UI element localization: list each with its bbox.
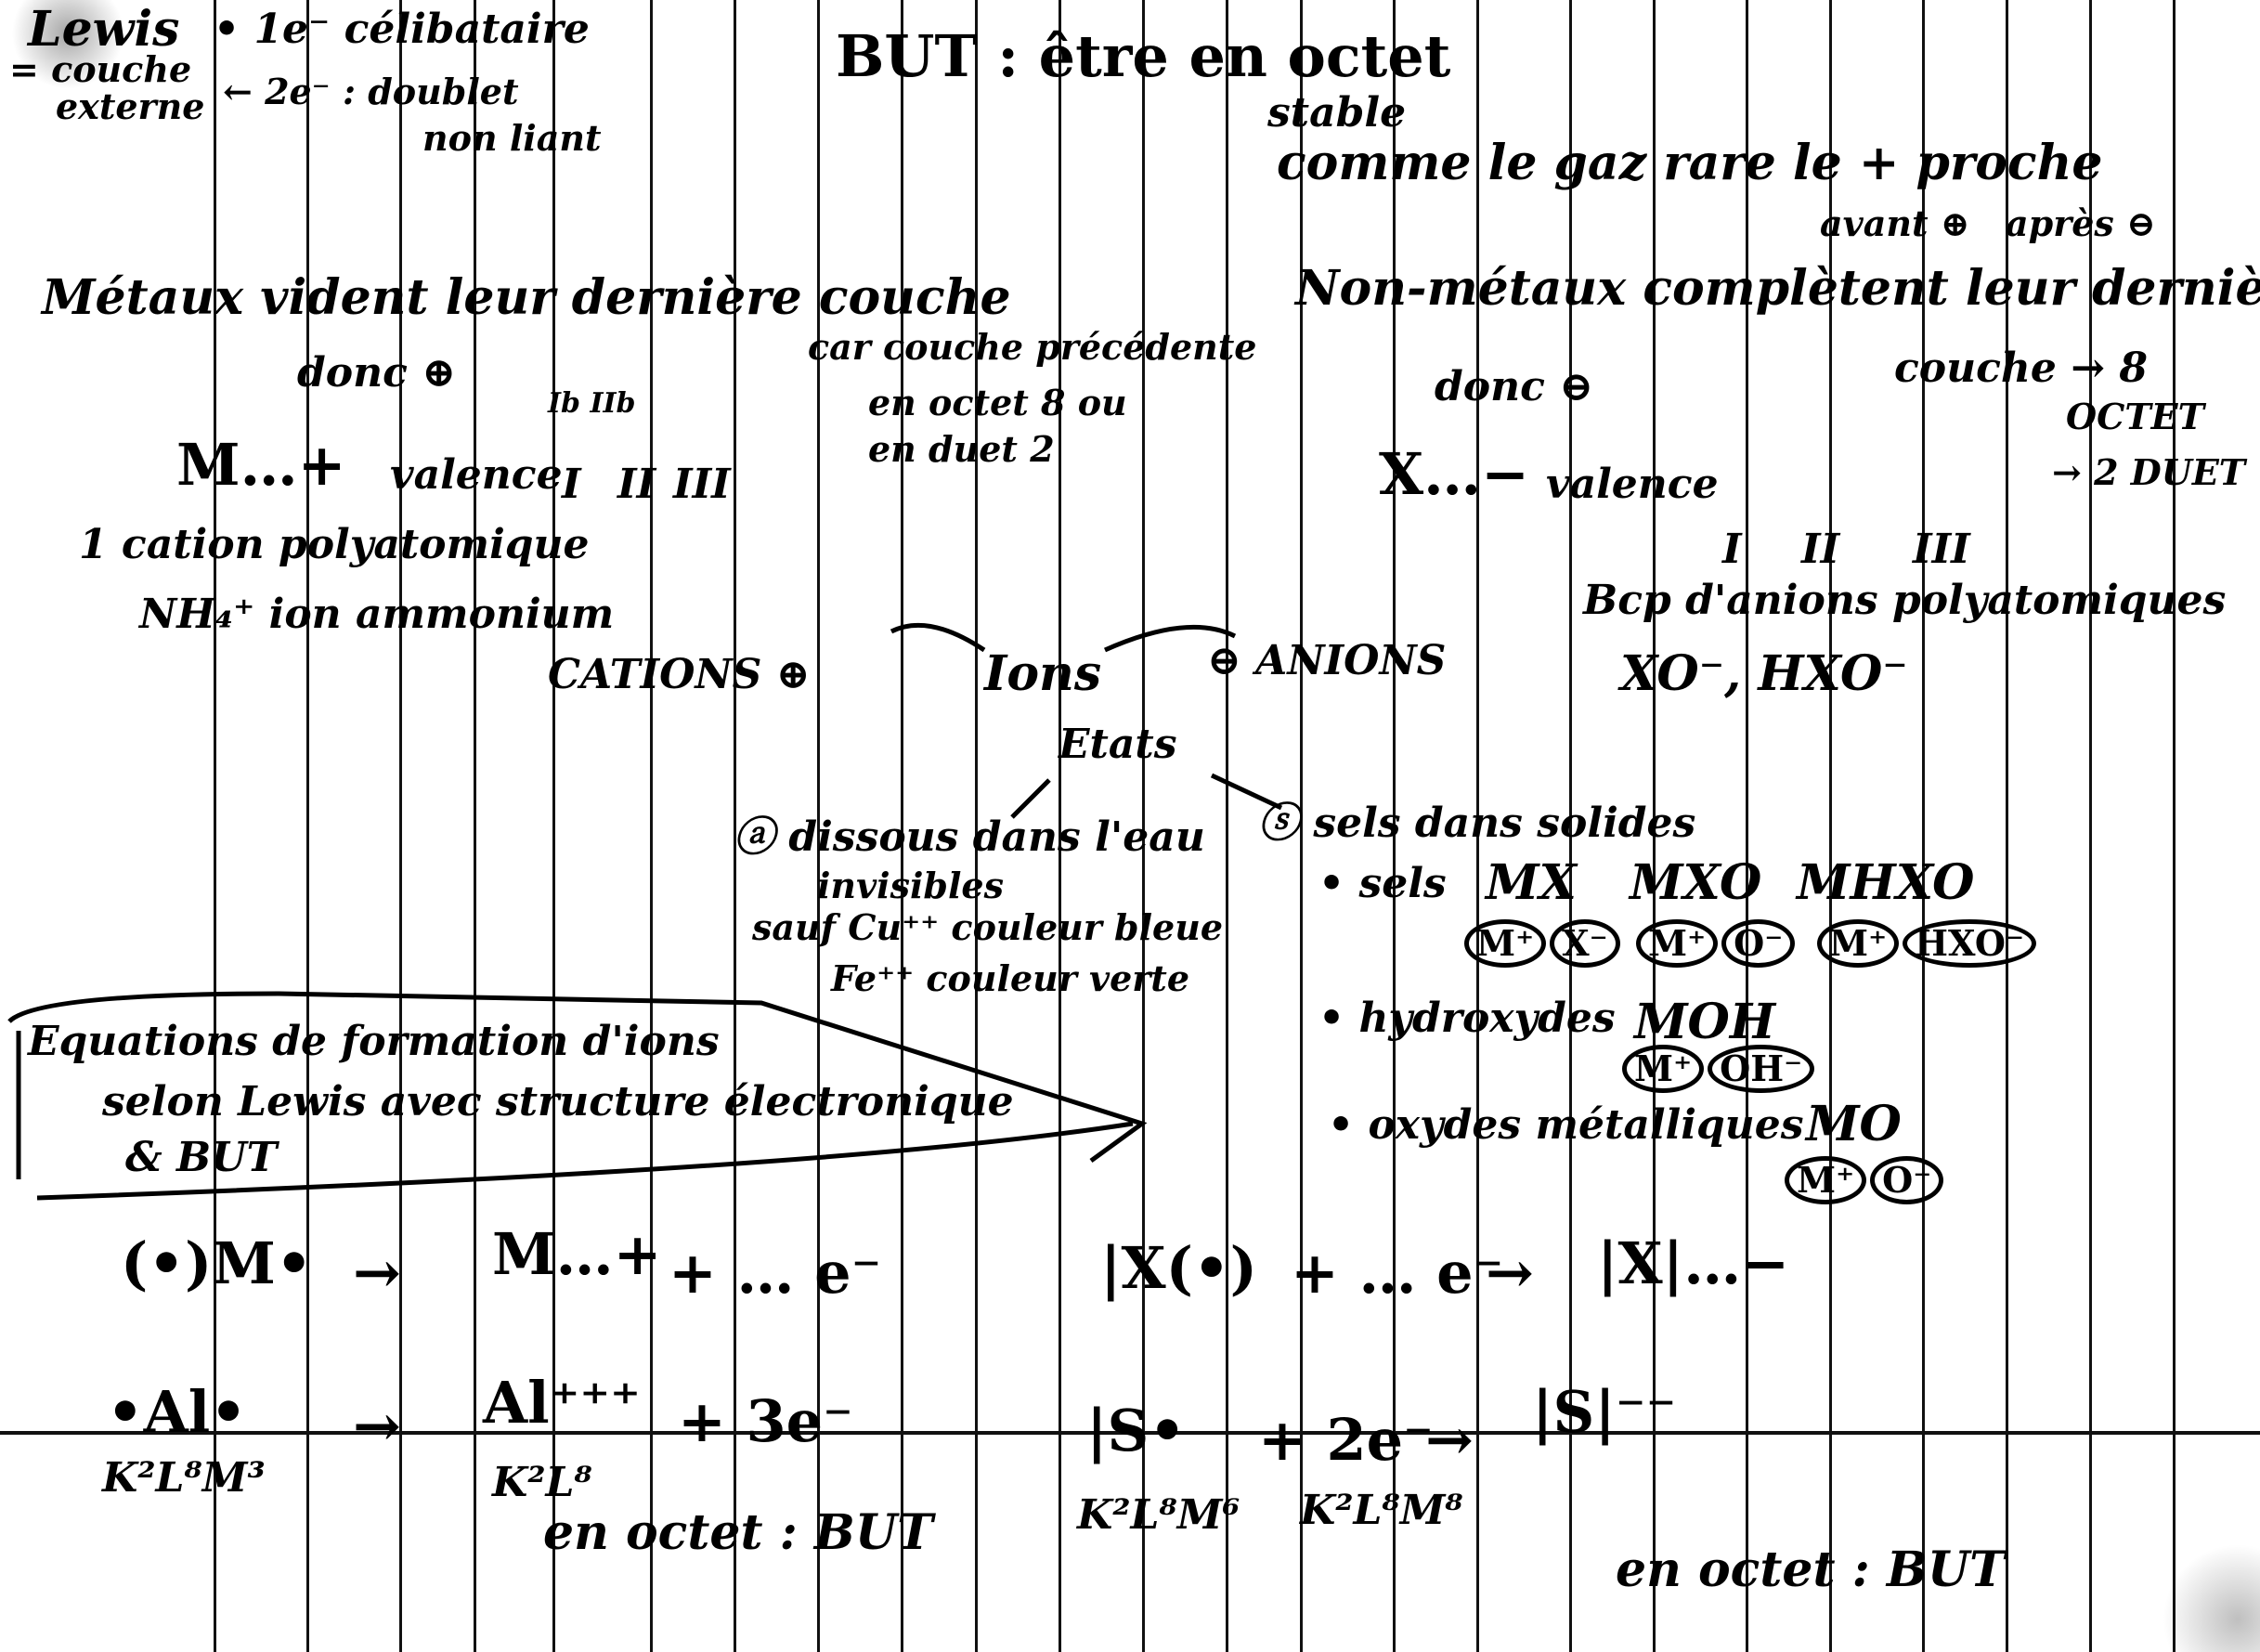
salt-mx: MX	[1486, 859, 1577, 907]
s-product-config: K²L⁸M⁸	[1300, 1490, 1463, 1531]
s-eq-reactant: |S•	[1086, 1402, 1186, 1460]
s-config: K²L⁸M⁶	[1077, 1495, 1240, 1536]
nonmetal-eq-arrow: →	[1486, 1244, 1534, 1302]
al-note: en octet : BUT	[543, 1509, 933, 1557]
al-product-config: K²L⁸	[492, 1463, 592, 1503]
dissolved-1: ⓐ dissous dans l'eau	[734, 817, 1205, 858]
dissolved-3: sauf Cu⁺⁺ couleur bleue	[752, 910, 1223, 945]
nonmetal-eq-reactant: |X(•)	[1100, 1240, 1257, 1297]
nonmetal-eq-product: |X|…−	[1597, 1235, 1789, 1293]
solid-title: ⓢ sels dans solides	[1258, 803, 1695, 844]
equations-title-1: Equations de formation d'ions	[28, 1021, 720, 1062]
al-eq-product: Al⁺⁺⁺	[483, 1374, 641, 1432]
salt-mhxo: MHXO	[1797, 859, 1974, 907]
salt-mxo: MXO	[1630, 859, 1761, 907]
oxide-formula: MO	[1806, 1100, 1902, 1149]
s-note: en octet : BUT	[1616, 1546, 2006, 1594]
al-config: K²L⁸M³	[102, 1458, 266, 1499]
salts-label: • sels	[1318, 864, 1447, 904]
dissolved-2: invisibles	[817, 868, 1004, 904]
salt-ions-mxo: M⁺O⁻	[1634, 919, 1797, 968]
al-eq-electrons: + 3e⁻	[678, 1393, 853, 1450]
equations-title-2: selon Lewis avec structure électronique	[102, 1082, 1014, 1123]
s-eq-product: |S|⁻⁻	[1532, 1384, 1676, 1441]
salt-ions-mhxo: M⁺HXO⁻	[1815, 919, 2038, 968]
notebook-page: Lewis = couche externe • 1e⁻ célibataire…	[0, 0, 2260, 1652]
hydroxides-label: • hydroxydes	[1318, 998, 1616, 1039]
metal-eq-product: M…+	[492, 1226, 662, 1283]
dissolved-4: Fe⁺⁺ couleur verte	[831, 961, 1189, 996]
salt-ions-mx: M⁺X⁻	[1462, 919, 1622, 968]
nonmetal-eq-electrons: + … e⁻	[1291, 1244, 1503, 1302]
equations-title-3: & BUT	[125, 1138, 277, 1178]
metal-eq-reactant: (•)M•	[121, 1235, 313, 1293]
s-eq-electrons: + 2e⁻	[1258, 1411, 1434, 1469]
oxide-ions: M⁺O⁻	[1783, 1156, 1945, 1204]
oxides-label: • oxydes métalliques	[1328, 1105, 1804, 1146]
hydroxide-ions: M⁺OH⁻	[1620, 1045, 1816, 1093]
metal-eq-arrow: →	[353, 1244, 401, 1302]
hydroxide-formula: MOH	[1634, 998, 1775, 1047]
al-eq-arrow: →	[353, 1398, 401, 1455]
s-eq-arrow: →	[1425, 1411, 1474, 1469]
states-label: Etats	[1059, 724, 1176, 765]
al-eq-reactant: •Al•	[107, 1384, 247, 1441]
metal-eq-electrons: + … e⁻	[669, 1244, 881, 1302]
